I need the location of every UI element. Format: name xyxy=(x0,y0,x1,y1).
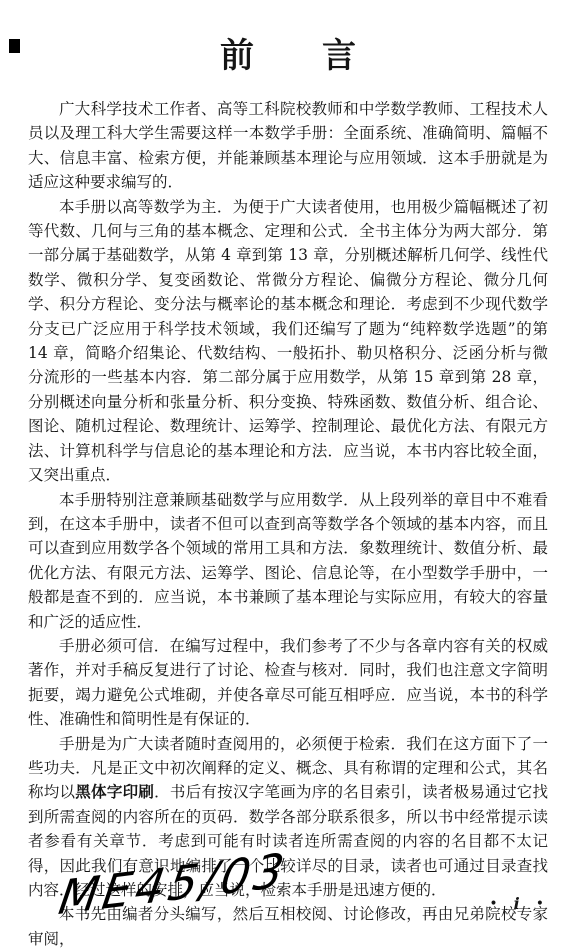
paragraph-4: 手册必须可信．在编写过程中，我们参考了不少与各章内容有关的权威著作，并对手稿反复… xyxy=(28,634,548,732)
book-page: 前 言 广大科学技术工作者、高等工科院校教师和中学数学教师、工程技术人员以及理工… xyxy=(0,0,576,948)
page-number-right-dot: • xyxy=(536,897,544,911)
paragraph-3: 本手册特别注意兼顾基础数学与应用数学．从上段列举的章目中不难看到，在这本手册中，… xyxy=(28,488,548,634)
page-number: • i • xyxy=(489,894,544,913)
preface-body: 广大科学技术工作者、高等工科院校教师和中学数学教师、工程技术人员以及理工科大学生… xyxy=(28,97,548,948)
page-number-value: i xyxy=(514,894,520,913)
page-number-left-dot: • xyxy=(489,897,497,911)
paragraph-1: 广大科学技术工作者、高等工科院校教师和中学数学教师、工程技术人员以及理工科大学生… xyxy=(28,97,548,195)
boldface-term: 黑体字印刷 xyxy=(75,782,154,801)
paragraph-2: 本手册以高等数学为主．为便于广大读者使用，也用极少篇幅概述了初等代数、几何与三角… xyxy=(28,195,548,488)
page-title: 前 言 xyxy=(0,28,576,77)
